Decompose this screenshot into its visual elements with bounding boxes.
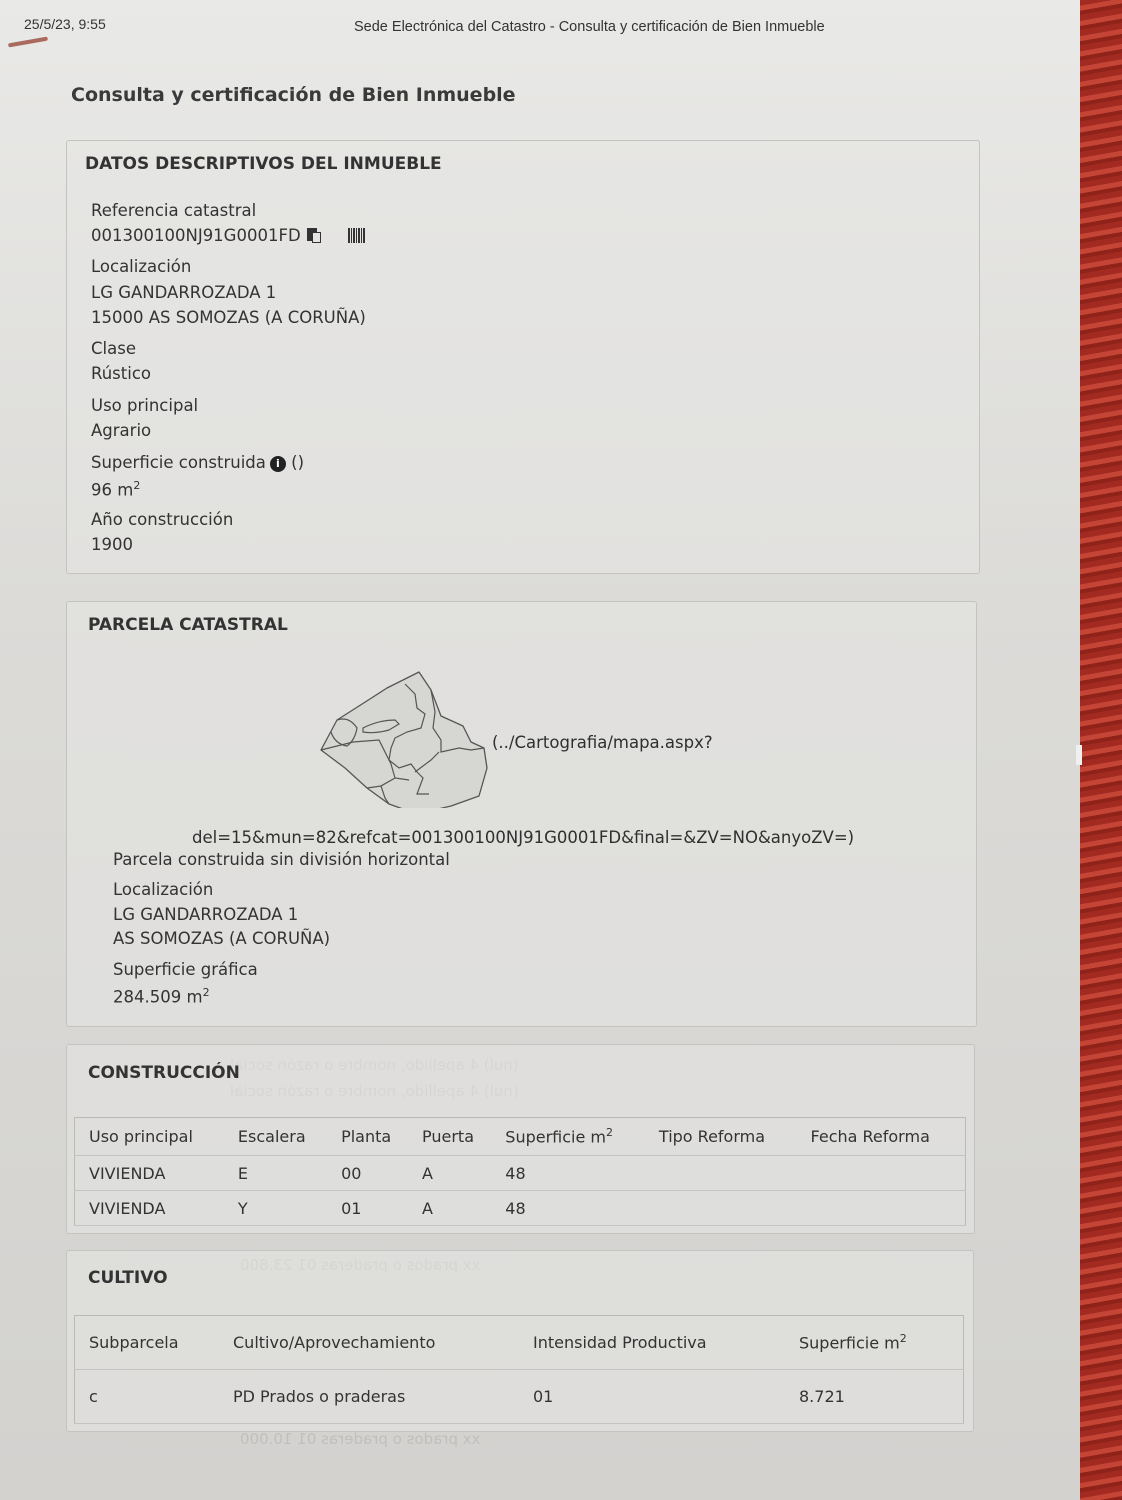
cell: 48: [491, 1156, 645, 1191]
page-fold-mark: [1076, 745, 1082, 765]
cell: c: [75, 1370, 220, 1424]
cell: 8.721: [785, 1370, 964, 1424]
localizacion-line2: 15000 AS SOMOZAS (A CORUÑA): [91, 306, 366, 330]
cell: 48: [491, 1191, 645, 1226]
cell: 01: [519, 1370, 785, 1424]
cell: [797, 1191, 966, 1226]
superficie-suffix: (): [291, 453, 304, 472]
table-row: VIVIENDA E 00 A 48: [75, 1156, 966, 1191]
cultivo-table: Subparcela Cultivo/Aprovechamiento Inten…: [74, 1315, 964, 1424]
table-header-row: Uso principal Escalera Planta Puerta Sup…: [75, 1118, 966, 1156]
table-row: VIVIENDA Y 01 A 48: [75, 1191, 966, 1226]
col-uso: Uso principal: [75, 1118, 224, 1156]
cell: VIVIENDA: [75, 1191, 224, 1226]
col-cultivo: Cultivo/Aprovechamiento: [219, 1316, 519, 1370]
datos-descriptivos-panel: DATOS DESCRIPTIVOS DEL INMUEBLE Referenc…: [66, 140, 980, 574]
col-puerta: Puerta: [408, 1118, 491, 1156]
construccion-panel: CONSTRUCCIÓN Uso principal Escalera Plan…: [66, 1044, 975, 1234]
info-icon[interactable]: i: [270, 456, 286, 472]
localizacion-line1: LG GANDARROZADA 1: [91, 281, 276, 305]
superficie-grafica-value: 284.509 m: [113, 988, 203, 1007]
superficie-grafica-row: 284.509 m2: [113, 981, 210, 1010]
section-title: CULTIVO: [88, 1268, 168, 1288]
section-title: DATOS DESCRIPTIVOS DEL INMUEBLE: [85, 154, 442, 174]
col-planta: Planta: [327, 1118, 408, 1156]
parcela-localizacion-line1: LG GANDARROZADA 1: [113, 903, 298, 927]
superficie-label: Superficie construida: [91, 453, 266, 472]
page-title: Consulta y certificación de Bien Inmuebl…: [71, 84, 516, 106]
cell: Y: [224, 1191, 327, 1226]
map-link-part2[interactable]: del=15&mun=82&refcat=001300100NJ91G0001F…: [192, 828, 854, 847]
cell: VIVIENDA: [75, 1156, 224, 1191]
cell: 00: [327, 1156, 408, 1191]
section-title: CONSTRUCCIÓN: [88, 1063, 240, 1083]
col-subparcela: Subparcela: [75, 1316, 220, 1370]
construccion-table: Uso principal Escalera Planta Puerta Sup…: [74, 1117, 966, 1226]
superficie-grafica-label: Superficie gráfica: [113, 958, 258, 982]
unit-exponent: 2: [203, 986, 210, 999]
col-tipo-reforma: Tipo Reforma: [645, 1118, 797, 1156]
anio-label: Año construcción: [91, 508, 233, 532]
cell: A: [408, 1191, 491, 1226]
clase-value: Rústico: [91, 362, 151, 386]
map-link-part1[interactable]: (../Cartografia/mapa.aspx?: [492, 733, 713, 752]
cultivo-panel: CULTIVO Subparcela Cultivo/Aprovechamien…: [66, 1250, 974, 1432]
superficie-label-row: Superficie construidai (): [91, 451, 304, 475]
parcela-catastral-panel: PARCELA CATASTRAL (../Cartografia/map: [66, 601, 977, 1027]
anio-value: 1900: [91, 533, 133, 557]
cell: PD Prados o praderas: [219, 1370, 519, 1424]
parcela-tipo: Parcela construida sin división horizont…: [113, 848, 450, 872]
cell: A: [408, 1156, 491, 1191]
show-through-text: xx prados o praderas 01 10.000: [240, 1430, 481, 1448]
table-header-row: Subparcela Cultivo/Aprovechamiento Inten…: [75, 1316, 964, 1370]
section-title: PARCELA CATASTRAL: [88, 615, 288, 635]
parcela-localizacion-label: Localización: [113, 878, 213, 902]
printed-page: 25/5/23, 9:55 Sede Electrónica del Catas…: [0, 0, 1080, 1500]
col-superficie: Superficie m2: [785, 1316, 964, 1370]
col-superficie-label: Superficie m: [505, 1128, 606, 1147]
cell: [645, 1156, 797, 1191]
print-date: 25/5/23, 9:55: [24, 16, 106, 32]
copy-icon[interactable]: [307, 228, 322, 243]
referencia-value-row: 001300100NJ91G0001FD: [91, 224, 366, 248]
col-superficie: Superficie m2: [491, 1118, 645, 1156]
background-carpet: [1078, 0, 1122, 1500]
col-fecha-reforma: Fecha Reforma: [797, 1118, 966, 1156]
referencia-label: Referencia catastral: [91, 199, 256, 223]
table-row: c PD Prados o praderas 01 8.721: [75, 1370, 964, 1424]
superficie-value-row: 96 m2: [91, 474, 140, 503]
col-superficie-label: Superficie m: [799, 1334, 900, 1353]
cell: [797, 1156, 966, 1191]
uso-value: Agrario: [91, 419, 151, 443]
col-intensidad: Intensidad Productiva: [519, 1316, 785, 1370]
cell: E: [224, 1156, 327, 1191]
unit-exponent: 2: [133, 479, 140, 492]
uso-label: Uso principal: [91, 394, 198, 418]
cell: 01: [327, 1191, 408, 1226]
clase-label: Clase: [91, 337, 136, 361]
parcela-localizacion-line2: AS SOMOZAS (A CORUÑA): [113, 927, 330, 951]
col-escalera: Escalera: [224, 1118, 327, 1156]
unit-exponent: 2: [900, 1332, 907, 1345]
parcel-map-thumbnail[interactable]: [319, 668, 489, 808]
barcode-icon[interactable]: [348, 228, 366, 243]
print-header-title: Sede Electrónica del Catastro - Consulta…: [354, 19, 825, 35]
superficie-value: 96 m: [91, 481, 133, 500]
unit-exponent: 2: [606, 1126, 613, 1139]
localizacion-label: Localización: [91, 255, 191, 279]
referencia-value: 001300100NJ91G0001FD: [91, 226, 301, 245]
parcel-map-icon: [319, 668, 489, 808]
cell: [645, 1191, 797, 1226]
print-header: 25/5/23, 9:55 Sede Electrónica del Catas…: [24, 16, 1060, 40]
